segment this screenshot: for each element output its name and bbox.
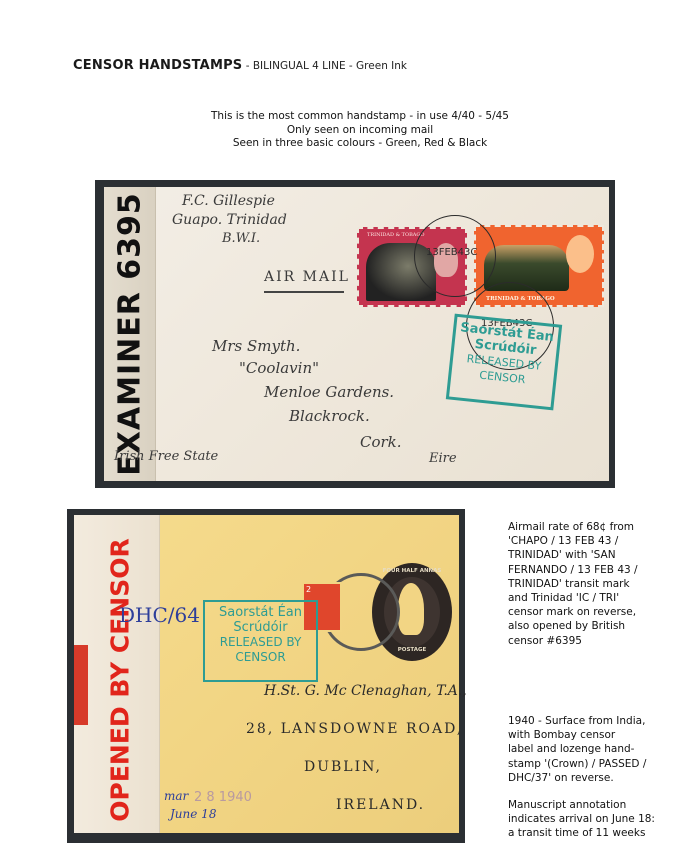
manuscript-annotation: June 18 xyxy=(170,807,216,821)
note-line: Manuscript annotation xyxy=(508,798,688,812)
address-line: Blackrock. xyxy=(289,407,370,425)
page-title: CENSOR HANDSTAMPS - BILINGUAL 4 LINE - G… xyxy=(73,58,407,73)
release-censor-handstamp: Saorstát Éan Scrúdóir RELEASED BY CENSOR xyxy=(203,600,318,682)
note-line: censor #6395 xyxy=(508,634,688,648)
handstamp-line: Scrúdóir xyxy=(209,620,312,635)
cover1-envelope: EXAMINER 6395 F.C. Gillespie Guapo. Trin… xyxy=(104,187,609,481)
cover1-description: Airmail rate of 68¢ from 'CHAPO / 13 FEB… xyxy=(508,520,688,648)
sender-line: B.W.I. xyxy=(222,231,260,246)
censor-crest-icon xyxy=(74,645,88,725)
handstamp-line: Saorstát Éan xyxy=(209,605,312,620)
censor-number-handstamp: DHC/64 xyxy=(119,603,200,627)
address-line: 28, LANSDOWNE ROAD, xyxy=(246,721,463,737)
country-annotation: Eire xyxy=(429,451,457,466)
address-line: DUBLIN, xyxy=(304,759,382,775)
cover2-description: 1940 - Surface from India, with Bombay c… xyxy=(508,714,688,785)
note-line: stamp '(Crown) / PASSED / xyxy=(508,757,688,771)
cover2-envelope: OPENED BY CENSOR DHC/64 FOUR HALF ANNAS … xyxy=(74,515,459,833)
examiner-label-text: EXAMINER 6395 xyxy=(113,192,148,476)
country-annotation: Irish Free State xyxy=(114,449,218,464)
sender-line: Guapo. Trinidad xyxy=(172,212,287,228)
release-censor-handstamp: Saorstát Éan Scrúdóir RELEASED BY CENSOR xyxy=(446,314,562,411)
note-line: a transit time of 11 weeks xyxy=(508,826,688,840)
indicia-text: FOUR HALF ANNAS xyxy=(372,568,452,574)
postmark-date: 13FEB43C xyxy=(426,247,477,258)
intro-line: Only seen on incoming mail xyxy=(160,124,560,138)
opened-by-censor-label: OPENED BY CENSOR xyxy=(74,515,160,833)
examiner-censor-label: EXAMINER 6395 xyxy=(104,187,156,481)
note-line: 'CHAPO / 13 FEB 43 / xyxy=(508,534,688,548)
address-line: Menloe Gardens. xyxy=(264,383,394,401)
address-line: Cork. xyxy=(360,433,402,451)
indicia-text: POSTAGE xyxy=(372,647,452,653)
note-line: also opened by British xyxy=(508,619,688,633)
note-line: TRINIDAD' with 'SAN xyxy=(508,548,688,562)
note-line: TRINIDAD' transit mark xyxy=(508,577,688,591)
address-line: "Coolavin" xyxy=(239,359,319,377)
sender-line: F.C. Gillespie xyxy=(182,193,275,209)
intro-line: This is the most common handstamp - in u… xyxy=(160,110,560,124)
note-line: and Trinidad 'IC / TRI' xyxy=(508,591,688,605)
note-line: Airmail rate of 68¢ from xyxy=(508,520,688,534)
intro-line: Seen in three basic colours - Green, Red… xyxy=(160,137,560,151)
note-line: DHC/37' on reverse. xyxy=(508,771,688,785)
page-title-subtitle: - BILINGUAL 4 LINE - Green Ink xyxy=(242,60,407,72)
handstamp-line: RELEASED BY xyxy=(209,635,312,650)
censor-label-text: OPENED BY CENSOR xyxy=(106,538,135,821)
stamp-value: 2 xyxy=(304,584,340,595)
king-bust-icon xyxy=(398,583,424,635)
note-line: censor mark on reverse, xyxy=(508,605,688,619)
air-mail-marking: AIR MAIL xyxy=(264,269,350,285)
intro-text: This is the most common handstamp - in u… xyxy=(160,110,560,151)
note-line: label and lozenge hand- xyxy=(508,742,688,756)
page-title-main: CENSOR HANDSTAMPS xyxy=(73,58,242,73)
note-line: with Bombay censor xyxy=(508,728,688,742)
note-line: FERNANDO / 13 FEB 43 / xyxy=(508,563,688,577)
manuscript-annotation: mar xyxy=(164,789,188,803)
received-date-stamp: 2 8 1940 xyxy=(194,790,252,805)
stamp-legend: TRINIDAD & TOBAGO xyxy=(367,232,425,238)
king-portrait xyxy=(566,235,594,273)
note-line: 1940 - Surface from India, xyxy=(508,714,688,728)
address-line: IRELAND. xyxy=(336,797,425,813)
air-mail-underline xyxy=(264,291,344,293)
cover2-annotation-note: Manuscript annotation indicates arrival … xyxy=(508,798,688,841)
note-line: indicates arrival on June 18: xyxy=(508,812,688,826)
handstamp-line: CENSOR xyxy=(209,650,312,665)
address-line: H.St. G. Mc Clenaghan, T.A., xyxy=(264,683,467,699)
address-line: Mrs Smyth. xyxy=(212,337,300,355)
